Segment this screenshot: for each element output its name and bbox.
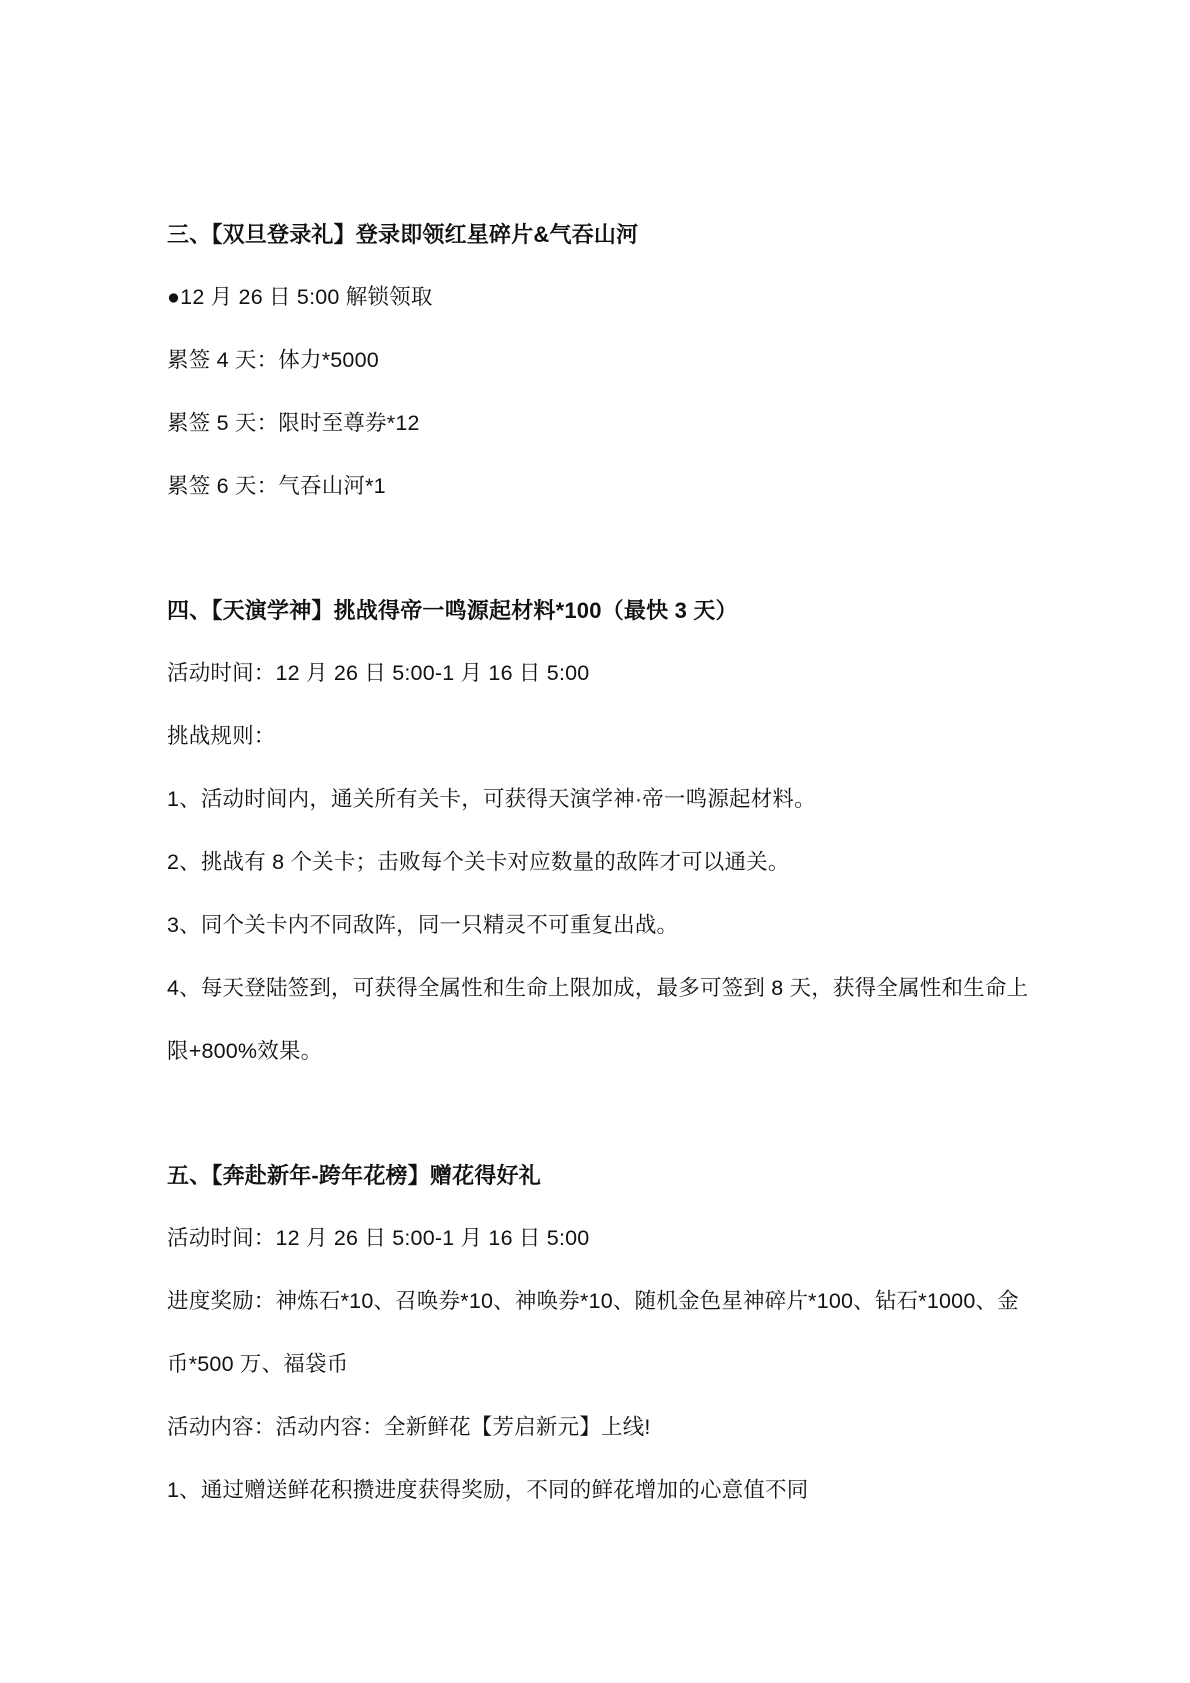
event-time-line: 活动时间：12 月 26 日 5:00-1 月 16 日 5:00	[167, 642, 1023, 705]
flower-rule-1-line: 1、通过赠送鲜花积攒进度获得奖励，不同的鲜花增加的心意值不同	[167, 1459, 1023, 1522]
rule-4-line: 4、每天登陆签到，可获得全属性和生命上限加成，最多可签到 8 天，获得全属性和生…	[167, 957, 1023, 1020]
section-gap	[167, 518, 1023, 579]
progress-rewards-line: 进度奖励：神炼石*10、召唤券*10、神唤券*10、随机金色星神碎片*100、钻…	[167, 1270, 1023, 1333]
signin-day5-reward-line: 累签 5 天：限时至尊券*12	[167, 392, 1023, 455]
signin-day4-reward-line: 累签 4 天：体力*5000	[167, 329, 1023, 392]
bullet-unlock-date-line: ●12 月 26 日 5:00 解锁领取	[167, 266, 1023, 329]
section-heading: 三、【双旦登录礼】登录即领红星碎片&气吞山河	[167, 203, 1023, 266]
document-page: 三、【双旦登录礼】登录即领红星碎片&气吞山河 ●12 月 26 日 5:00 解…	[0, 0, 1190, 1683]
section-double-festival-login: 三、【双旦登录礼】登录即领红星碎片&气吞山河 ●12 月 26 日 5:00 解…	[167, 203, 1023, 518]
rule-2-line: 2、挑战有 8 个关卡；击败每个关卡对应数量的敌阵才可以通关。	[167, 831, 1023, 894]
rule-3-line: 3、同个关卡内不同敌阵，同一只精灵不可重复出战。	[167, 894, 1023, 957]
signin-day6-reward-line: 累签 6 天：气吞山河*1	[167, 455, 1023, 518]
section-heading: 四、【天演学神】挑战得帝一鸣源起材料*100（最快 3 天）	[167, 579, 1023, 642]
rule-1-line: 1、活动时间内，通关所有关卡，可获得天演学神·帝一鸣源起材料。	[167, 768, 1023, 831]
section-new-year-flower-rank: 五、【奔赴新年-跨年花榜】赠花得好礼 活动时间：12 月 26 日 5:00-1…	[167, 1144, 1023, 1522]
event-time-line: 活动时间：12 月 26 日 5:00-1 月 16 日 5:00	[167, 1207, 1023, 1270]
challenge-rules-label: 挑战规则：	[167, 705, 1023, 768]
event-content-line: 活动内容：活动内容：全新鲜花【芳启新元】上线!	[167, 1396, 1023, 1459]
section-heading: 五、【奔赴新年-跨年花榜】赠花得好礼	[167, 1144, 1023, 1207]
section-gap	[167, 1083, 1023, 1144]
rule-4-continuation-line: 限+800%效果。	[167, 1020, 1023, 1083]
progress-rewards-continuation-line: 币*500 万、福袋币	[167, 1333, 1023, 1396]
section-tianyan-challenge: 四、【天演学神】挑战得帝一鸣源起材料*100（最快 3 天） 活动时间：12 月…	[167, 579, 1023, 1083]
